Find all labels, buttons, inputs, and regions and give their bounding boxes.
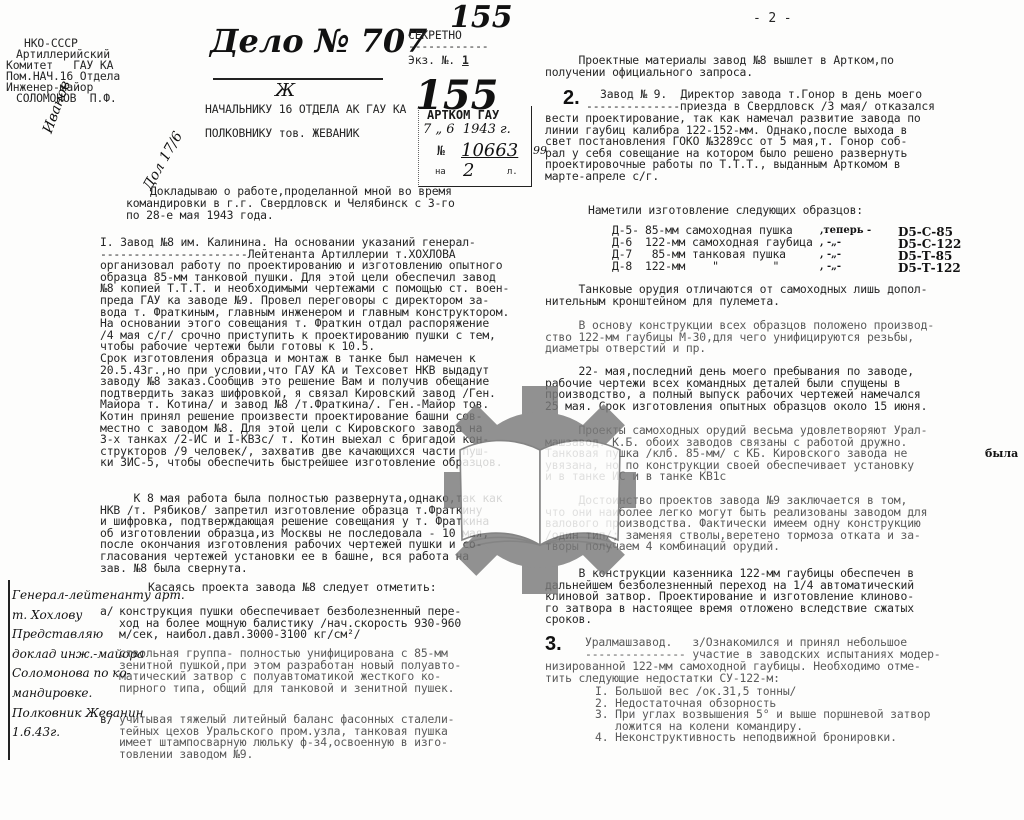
text-line: тить следующие недостатки СУ-122-м: — [545, 673, 780, 685]
text-line: пирного типа, общий для танковой и зенит… — [119, 683, 454, 695]
stamp-title: АРТКОМ ГАУ — [427, 108, 499, 122]
text-line: по 28-е мая 1943 года. — [126, 210, 274, 222]
sample-cell: 122-мм " " — [645, 261, 779, 273]
text-line: диаметры отверстий и пр. — [545, 343, 706, 355]
sample-cell: ,теперь - — [820, 225, 871, 236]
copy-no-value: 1 — [462, 55, 469, 67]
page-number: - 2 - — [753, 13, 791, 25]
text-line: товлении заводом №9. — [119, 749, 253, 761]
addressee-line-2: ПОЛКОВНИКУ тов. ЖЕВАНИК — [205, 128, 359, 140]
library-watermark-icon — [440, 380, 640, 600]
text-line: 1.6.43г. — [12, 725, 60, 739]
text-line: сроков. — [545, 614, 592, 626]
sample-cell: Д-8 — [612, 261, 632, 273]
sample-cell: , -„- — [820, 261, 841, 272]
text-line: го затвора в настоящее время отложено вс… — [545, 603, 914, 615]
file-number-underline — [213, 78, 383, 80]
text-line: т. Хохлову — [12, 608, 82, 622]
text-line: получении официального запроса. — [545, 67, 753, 79]
text-line: нительным кронштейном для пулемета. — [545, 296, 780, 308]
copy-no-label: Экз. №. — [408, 55, 455, 67]
text-line: зав. №8 была свернута. — [100, 563, 248, 575]
stamp-sheets-suffix: л. — [507, 167, 518, 179]
sample-cell: , -„- — [820, 249, 841, 260]
text-line: Соломонова по ко- — [12, 666, 131, 680]
section-3-number: 3. — [545, 633, 562, 656]
sample-cell: D5-Т-122 — [898, 261, 961, 275]
sample-cell: , -„- — [820, 237, 841, 248]
item-a-marker: а/ — [100, 606, 113, 618]
registration-stamp: АРТКОМ ГАУ 7 „ 6 1943 г. № 10663 на 2 л.… — [418, 106, 532, 187]
text-line: марте-апреле с/г. — [545, 171, 659, 183]
stamp-sheets-label: на — [435, 167, 446, 179]
stamp-number-label: № — [437, 146, 445, 158]
text-line: Полковник Жеванин — [12, 706, 144, 720]
text-line: Генерал-лейтенанту арт. — [12, 588, 185, 602]
stamp-sheets: 2 — [463, 160, 474, 181]
addressee-line-1: НАЧАЛЬНИКУ 16 ОТДЕЛА АК ГАУ КА — [205, 104, 406, 116]
text-line: 4. Неконструктивность неподвижной бронир… — [595, 732, 897, 744]
handwritten-file-number: Дело № 707 — [210, 22, 427, 60]
para-project-intro: Касаясь проекта завода №8 следует отмети… — [148, 582, 436, 594]
document-page: НКО-СССР Артиллерийский Комитет ГАУ КА П… — [0, 0, 1024, 820]
handwritten-insert: была — [985, 447, 1018, 460]
text-line: Представляю — [12, 627, 103, 641]
samples-intro: Наметили изготовление следующих образцов… — [588, 205, 863, 217]
text-line: доклад инж.-майора — [12, 647, 144, 661]
margin-bracket — [8, 580, 10, 760]
secrecy-dashes: ------------ — [408, 41, 489, 53]
section-2-number: 2. — [563, 87, 580, 110]
stamp-date: 7 „ 6 1943 г. — [423, 122, 511, 137]
handwritten-initial: Ж — [275, 80, 295, 101]
text-line: мандировке. — [12, 686, 92, 700]
stamp-number: 10663 — [461, 140, 518, 161]
text-line: м/сек, наибол.давл.3000-3100 кг/см²/ — [119, 629, 360, 641]
